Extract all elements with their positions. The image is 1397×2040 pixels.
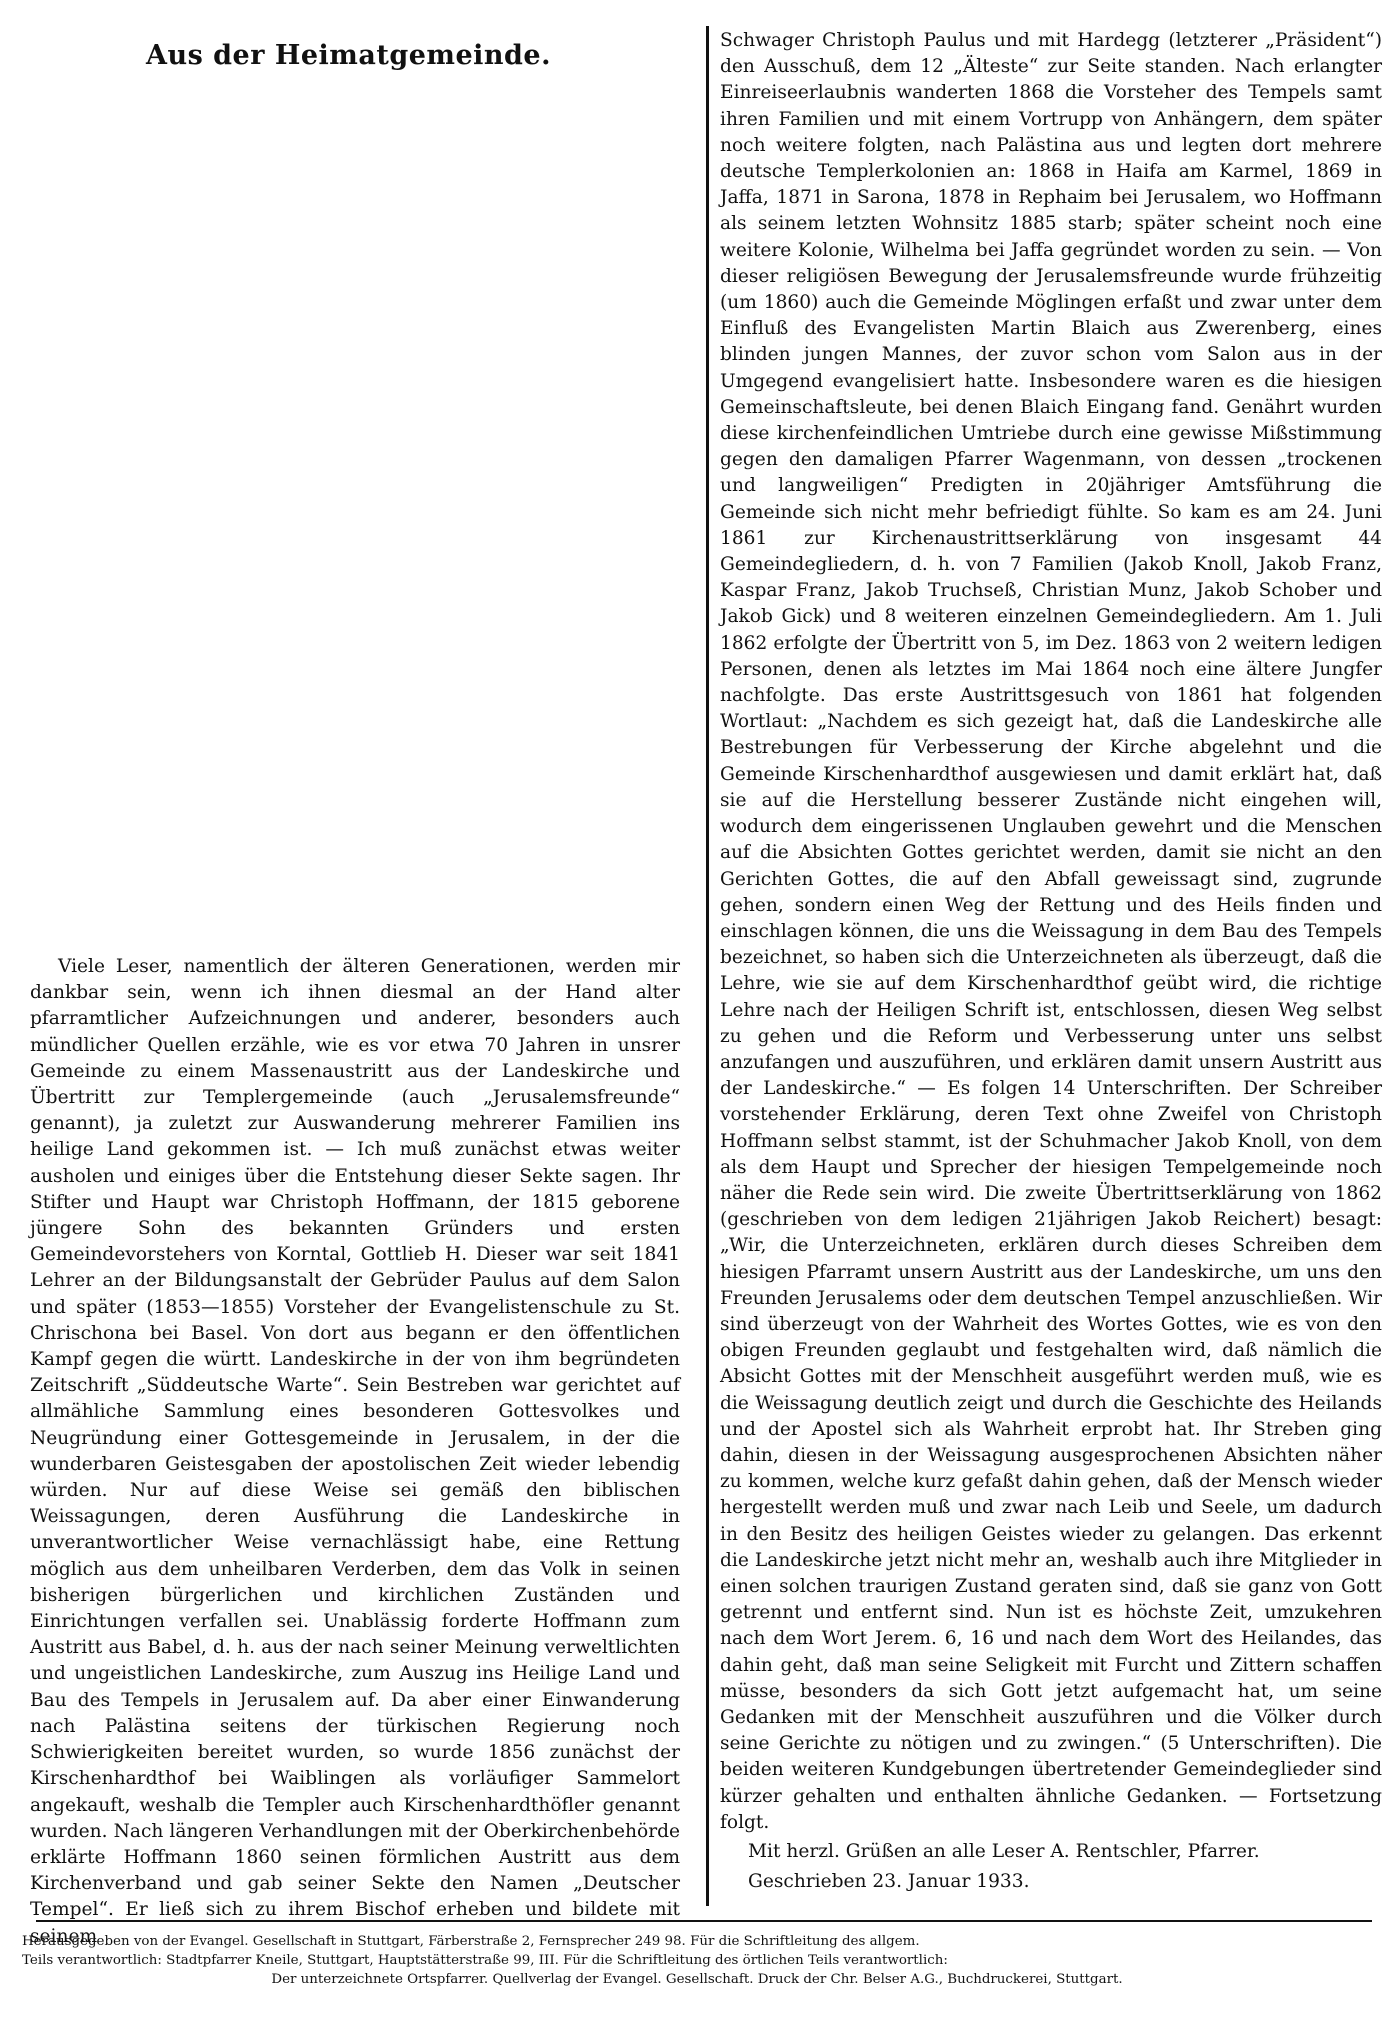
left-column: Viele Leser, namentlich der älteren Gene… [30, 954, 680, 1950]
right-column: Schwager Christoph Paulus und mit Hardeg… [720, 28, 1382, 1896]
column-divider [706, 26, 709, 1906]
article-paragraph-continued: Schwager Christoph Paulus und mit Hardeg… [720, 28, 1382, 1836]
headline: Aus der Heimatgemeinde. [0, 40, 697, 71]
date-line: Geschrieben 23. Januar 1933. [720, 1868, 1382, 1896]
newspaper-page: Aus der Heimatgemeinde. Viele Leser, nam… [0, 0, 1397, 2040]
imprint-line-1: Herausgegeben von der Evangel. Gesellsch… [22, 1932, 1372, 1951]
imprint-line-3: Der unterzeichnete Ortspfarrer. Quellver… [22, 1970, 1372, 1989]
article-paragraph: Viele Leser, namentlich der älteren Gene… [30, 954, 680, 1950]
imprint: Herausgegeben von der Evangel. Gesellsch… [22, 1932, 1372, 1989]
imprint-line-2: Teils verantwortlich: Stadtpfarrer Kneil… [22, 1951, 1372, 1970]
footer-rule [36, 1920, 1372, 1922]
greeting-signature: Mit herzl. Grüßen an alle Leser A. Rents… [720, 1838, 1382, 1866]
